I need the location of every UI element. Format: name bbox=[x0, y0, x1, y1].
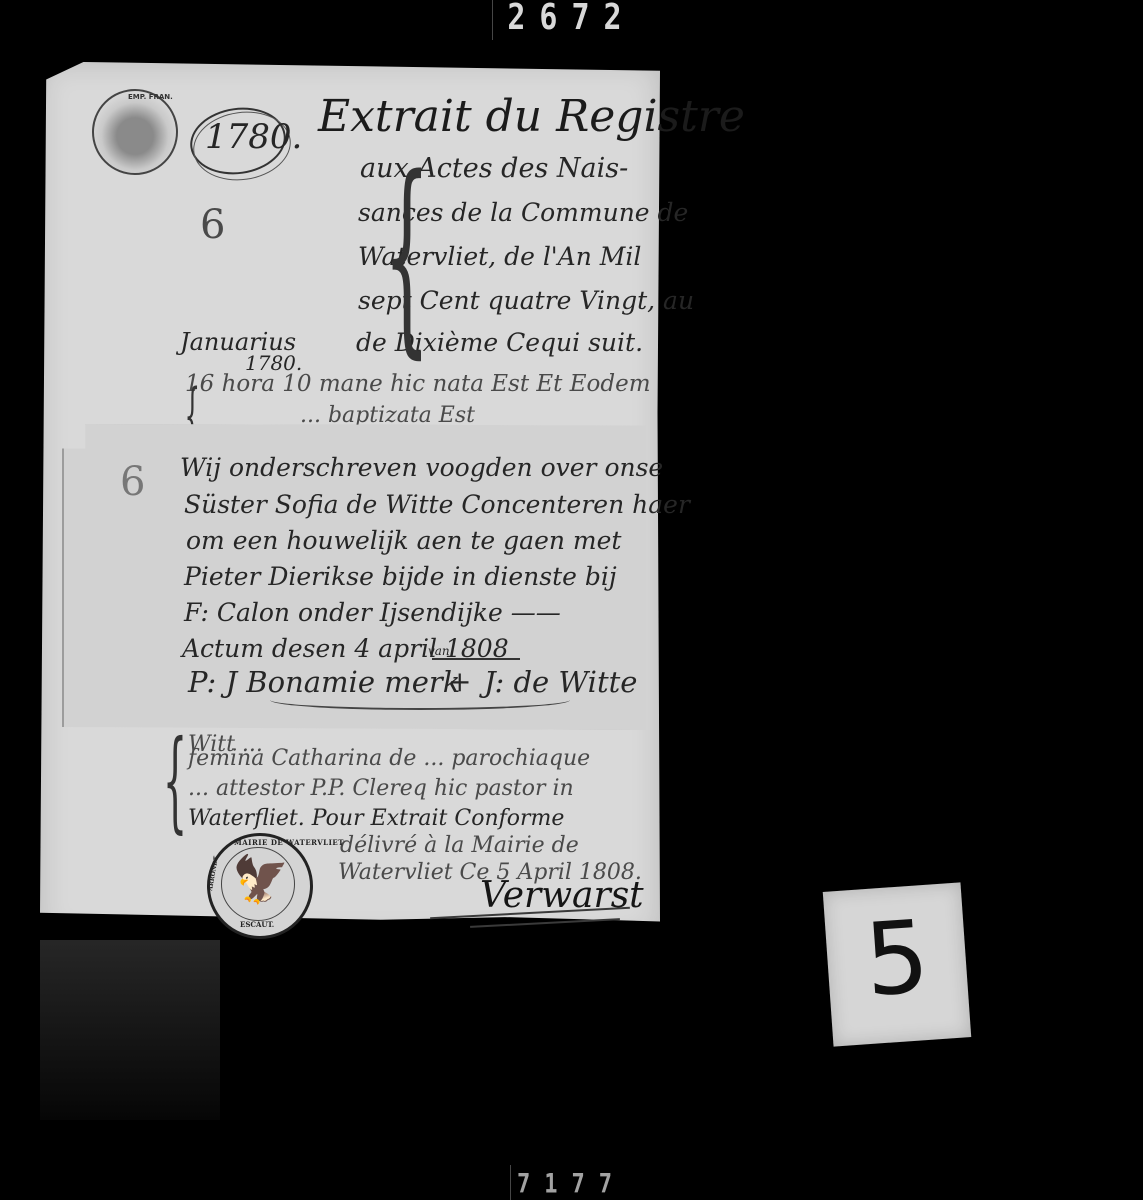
year-label: 1780. bbox=[205, 120, 302, 154]
film-scratch bbox=[510, 1165, 511, 1200]
margin-number: 6 bbox=[200, 205, 225, 245]
imperial-eagle-icon: 🦅 bbox=[232, 852, 289, 907]
slip-line-1: Wij onderschreven voogden over onse bbox=[180, 455, 663, 480]
frame-number-bottom: 7177 bbox=[0, 1170, 1143, 1200]
signature-flourish bbox=[270, 690, 570, 710]
latin-line-1: 16 hora 10 mane hic nata Est Et Eodem bbox=[185, 373, 651, 396]
register-line-4: Waterfliet. Pour Extrait Conforme bbox=[188, 808, 564, 830]
signature-superscript: van bbox=[428, 645, 450, 657]
tag-number: 5 bbox=[824, 895, 970, 1021]
mairie-seal-top-text: MAIRIE DE WATERVLIET bbox=[234, 838, 344, 847]
imperial-tax-stamp-icon bbox=[92, 89, 178, 175]
frame-number-top: 2672 bbox=[0, 0, 1143, 39]
register-line-2: femina Catharina de ... parochiaque bbox=[188, 748, 590, 770]
extract-title-line-1: Extrait du Registre bbox=[318, 95, 745, 139]
slip-line-3: om een houwelijk aen te gaen met bbox=[186, 528, 621, 553]
margin-note-year: 1780. bbox=[245, 353, 302, 373]
brace-icon: { bbox=[163, 725, 188, 835]
register-line-3: ... attestor P.P. Clereq hic pastor in bbox=[188, 778, 574, 800]
register-line-5: délivré à la Mairie de bbox=[340, 835, 579, 857]
brace-icon: { bbox=[383, 150, 430, 360]
mairie-seal-bottom-text: ESCAUT. bbox=[240, 920, 274, 929]
film-scratch bbox=[492, 0, 493, 40]
slip-line-5: F: Calon onder Ijsendijke —— bbox=[184, 600, 561, 625]
latin-line-2: ... baptizata Est bbox=[300, 405, 475, 427]
signature-underline bbox=[470, 918, 620, 928]
tax-stamp-label: EMP. FRAN. bbox=[128, 93, 173, 101]
slip-line-4: Pieter Dierikse bijde in dienste bij bbox=[184, 564, 617, 589]
slip-line-2: Süster Sofia de Witte Concenteren haer bbox=[184, 492, 690, 517]
sheet-shadow bbox=[40, 940, 220, 1120]
slip-margin-number: 6 bbox=[120, 462, 145, 502]
